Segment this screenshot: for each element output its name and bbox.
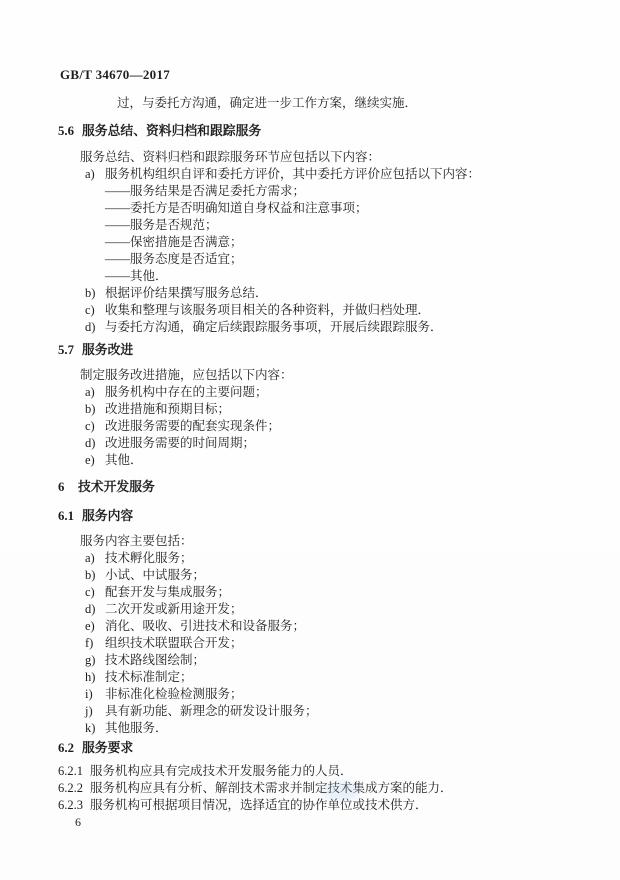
list-item-label: c) xyxy=(85,302,105,319)
list-item-6-1-f: f) 组织技术联盟联合开发； xyxy=(85,635,620,652)
list-item-6-1-h: h) 技术标准制定； xyxy=(85,669,620,686)
list-item-text: 服务机构中存在的主要问题； xyxy=(105,384,268,401)
list-item-6-1-c: c) 配套开发与集成服务； xyxy=(85,584,620,601)
list-item-text: 与委托方沟通，确定后续跟踪服务事项，开展后续跟踪服务． xyxy=(105,319,443,336)
list-item-6-1-k: k) 其他服务． xyxy=(85,720,620,737)
section-number: 5.6 xyxy=(58,123,82,140)
list-item-text: 非标准化检验检测服务； xyxy=(105,686,243,703)
list-item-5-6-d: d) 与委托方沟通，确定后续跟踪服务事项，开展后续跟踪服务． xyxy=(85,319,620,336)
list-item-label: k) xyxy=(85,720,105,737)
list-item-label: g) xyxy=(85,652,105,669)
list-item-5-6-c: c) 收集和整理与该服务项目相关的各种资料，并做归档处理． xyxy=(85,302,620,319)
list-item-text: 小试、中试服务； xyxy=(105,567,205,584)
clause-number: 6.2.1 xyxy=(58,763,90,780)
list-item-6-1-g: g) 技术路线图绘制； xyxy=(85,652,620,669)
list-item-text: 二次开发或新用途开发； xyxy=(105,601,243,618)
list-item-6-1-b: b) 小试、中试服务； xyxy=(85,567,620,584)
continuation-paragraph: 过，与委托方沟通，确定进一步工作方案，继续实施． xyxy=(117,95,620,112)
list-item-label: b) xyxy=(85,567,105,584)
list-item-label: e) xyxy=(85,618,105,635)
section-number: 6 xyxy=(58,479,78,496)
clause-6-2-3: 6.2.3 服务机构可根据项目情况，选择适宜的协作单位或技术供方． xyxy=(58,797,620,814)
clause-text: 服务机构应具有分析、解剖技术需求并制定技术集成方案的能力． xyxy=(90,780,453,797)
list-item-6-1-d: d) 二次开发或新用途开发； xyxy=(85,601,620,618)
section-heading-6-1: 6.1 服务内容 xyxy=(58,508,620,525)
list-item-5-6-a: a) 服务机构组织自评和委托方评价，其中委托方评价应包括以下内容： xyxy=(85,166,620,183)
running-header: GB/T 34670—2017 xyxy=(60,66,620,83)
list-item-label: h) xyxy=(85,669,105,686)
section-heading-6-2: 6.2 服务要求 xyxy=(58,740,620,757)
list-item-6-1-i: i) 非标准化检验检测服务； xyxy=(85,686,620,703)
list-item-label: a) xyxy=(85,550,105,567)
section-6-1-intro: 服务内容主要包括： xyxy=(80,533,620,550)
page-number: 6 xyxy=(75,814,620,831)
list-item-label: a) xyxy=(85,166,105,183)
section-heading-6: 6 技术开发服务 xyxy=(58,479,620,496)
list-item-label: e) xyxy=(85,452,105,469)
clause-6-2-2: 6.2.2 服务机构应具有分析、解剖技术需求并制定技术集成方案的能力． xyxy=(58,780,620,797)
dash-item: ——服务结果是否满足委托方需求； xyxy=(105,183,620,200)
list-item-text: 根据评价结果撰写服务总结． xyxy=(105,285,268,302)
list-item-label: d) xyxy=(85,435,105,452)
section-5-6-intro: 服务总结、资料归档和跟踪服务环节应包括以下内容： xyxy=(80,149,620,166)
list-item-label: c) xyxy=(85,418,105,435)
clause-text: 服务机构可根据项目情况，选择适宜的协作单位或技术供方． xyxy=(90,797,428,814)
list-item-text: 具有新功能、新理念的研发设计服务； xyxy=(105,703,318,720)
list-item-label: a) xyxy=(85,384,105,401)
list-item-text: 组织技术联盟联合开发； xyxy=(105,635,243,652)
section-number: 6.2 xyxy=(58,740,82,757)
list-item-text: 技术路线图绘制； xyxy=(105,652,205,669)
list-item-text: 服务机构组织自评和委托方评价，其中委托方评价应包括以下内容： xyxy=(105,166,480,183)
section-5-7-intro: 制定服务改进措施，应包括以下内容： xyxy=(80,367,620,384)
list-item-text: 改进服务需要的时间周期； xyxy=(105,435,255,452)
list-item-label: b) xyxy=(85,401,105,418)
clause-text: 服务机构应具有完成技术开发服务能力的人员． xyxy=(90,763,353,780)
section-title: 服务内容 xyxy=(82,508,133,525)
list-item-text: 技术孵化服务； xyxy=(105,550,193,567)
list-item-6-1-j: j) 具有新功能、新理念的研发设计服务； xyxy=(85,703,620,720)
clause-number: 6.2.2 xyxy=(58,780,90,797)
dash-item: ——保密措施是否满意； xyxy=(105,234,620,251)
section-heading-5-7: 5.7 服务改进 xyxy=(58,342,620,359)
list-item-text: 改进措施和预期目标； xyxy=(105,401,230,418)
list-item-text: 其他． xyxy=(105,452,143,469)
list-item-5-7-c: c) 改进服务需要的配套实现条件； xyxy=(85,418,620,435)
list-item-text: 消化、吸收、引进技术和设备服务； xyxy=(105,618,305,635)
section-title: 服务总结、资料归档和跟踪服务 xyxy=(82,123,261,140)
dash-item: ——委托方是否明确知道自身权益和注意事项； xyxy=(105,200,620,217)
list-item-label: c) xyxy=(85,584,105,601)
list-item-5-6-b: b) 根据评价结果撰写服务总结． xyxy=(85,285,620,302)
list-item-label: i) xyxy=(85,686,105,703)
list-item-label: d) xyxy=(85,319,105,336)
list-item-text: 改进服务需要的配套实现条件； xyxy=(105,418,280,435)
list-item-5-7-e: e) 其他． xyxy=(85,452,620,469)
list-item-label: j) xyxy=(85,703,105,720)
list-item-text: 配套开发与集成服务； xyxy=(105,584,230,601)
dash-item: ——服务是否规范； xyxy=(105,217,620,234)
list-item-6-1-a: a) 技术孵化服务； xyxy=(85,550,620,567)
list-item-label: f) xyxy=(85,635,105,652)
clause-6-2-1: 6.2.1 服务机构应具有完成技术开发服务能力的人员． xyxy=(58,763,620,780)
section-title: 服务改进 xyxy=(82,342,133,359)
list-item-text: 技术标准制定； xyxy=(105,669,193,686)
list-item-text: 收集和整理与该服务项目相关的各种资料，并做归档处理． xyxy=(105,302,430,319)
section-title: 技术开发服务 xyxy=(78,479,155,496)
list-item-5-7-d: d) 改进服务需要的时间周期； xyxy=(85,435,620,452)
section-number: 6.1 xyxy=(58,508,82,525)
clause-number: 6.2.3 xyxy=(58,797,90,814)
section-title: 服务要求 xyxy=(82,740,133,757)
list-item-label: b) xyxy=(85,285,105,302)
list-item-label: d) xyxy=(85,601,105,618)
dash-item: ——其他． xyxy=(105,268,620,285)
list-item-text: 其他服务． xyxy=(105,720,168,737)
list-item-5-7-a: a) 服务机构中存在的主要问题； xyxy=(85,384,620,401)
dash-item: ——服务态度是否适宜； xyxy=(105,251,620,268)
section-heading-5-6: 5.6 服务总结、资料归档和跟踪服务 xyxy=(58,123,620,140)
list-item-5-7-b: b) 改进措施和预期目标； xyxy=(85,401,620,418)
document-page: GB/T 34670—2017 过，与委托方沟通，确定进一步工作方案，继续实施．… xyxy=(0,0,620,880)
list-item-6-1-e: e) 消化、吸收、引进技术和设备服务； xyxy=(85,618,620,635)
section-number: 5.7 xyxy=(58,342,82,359)
